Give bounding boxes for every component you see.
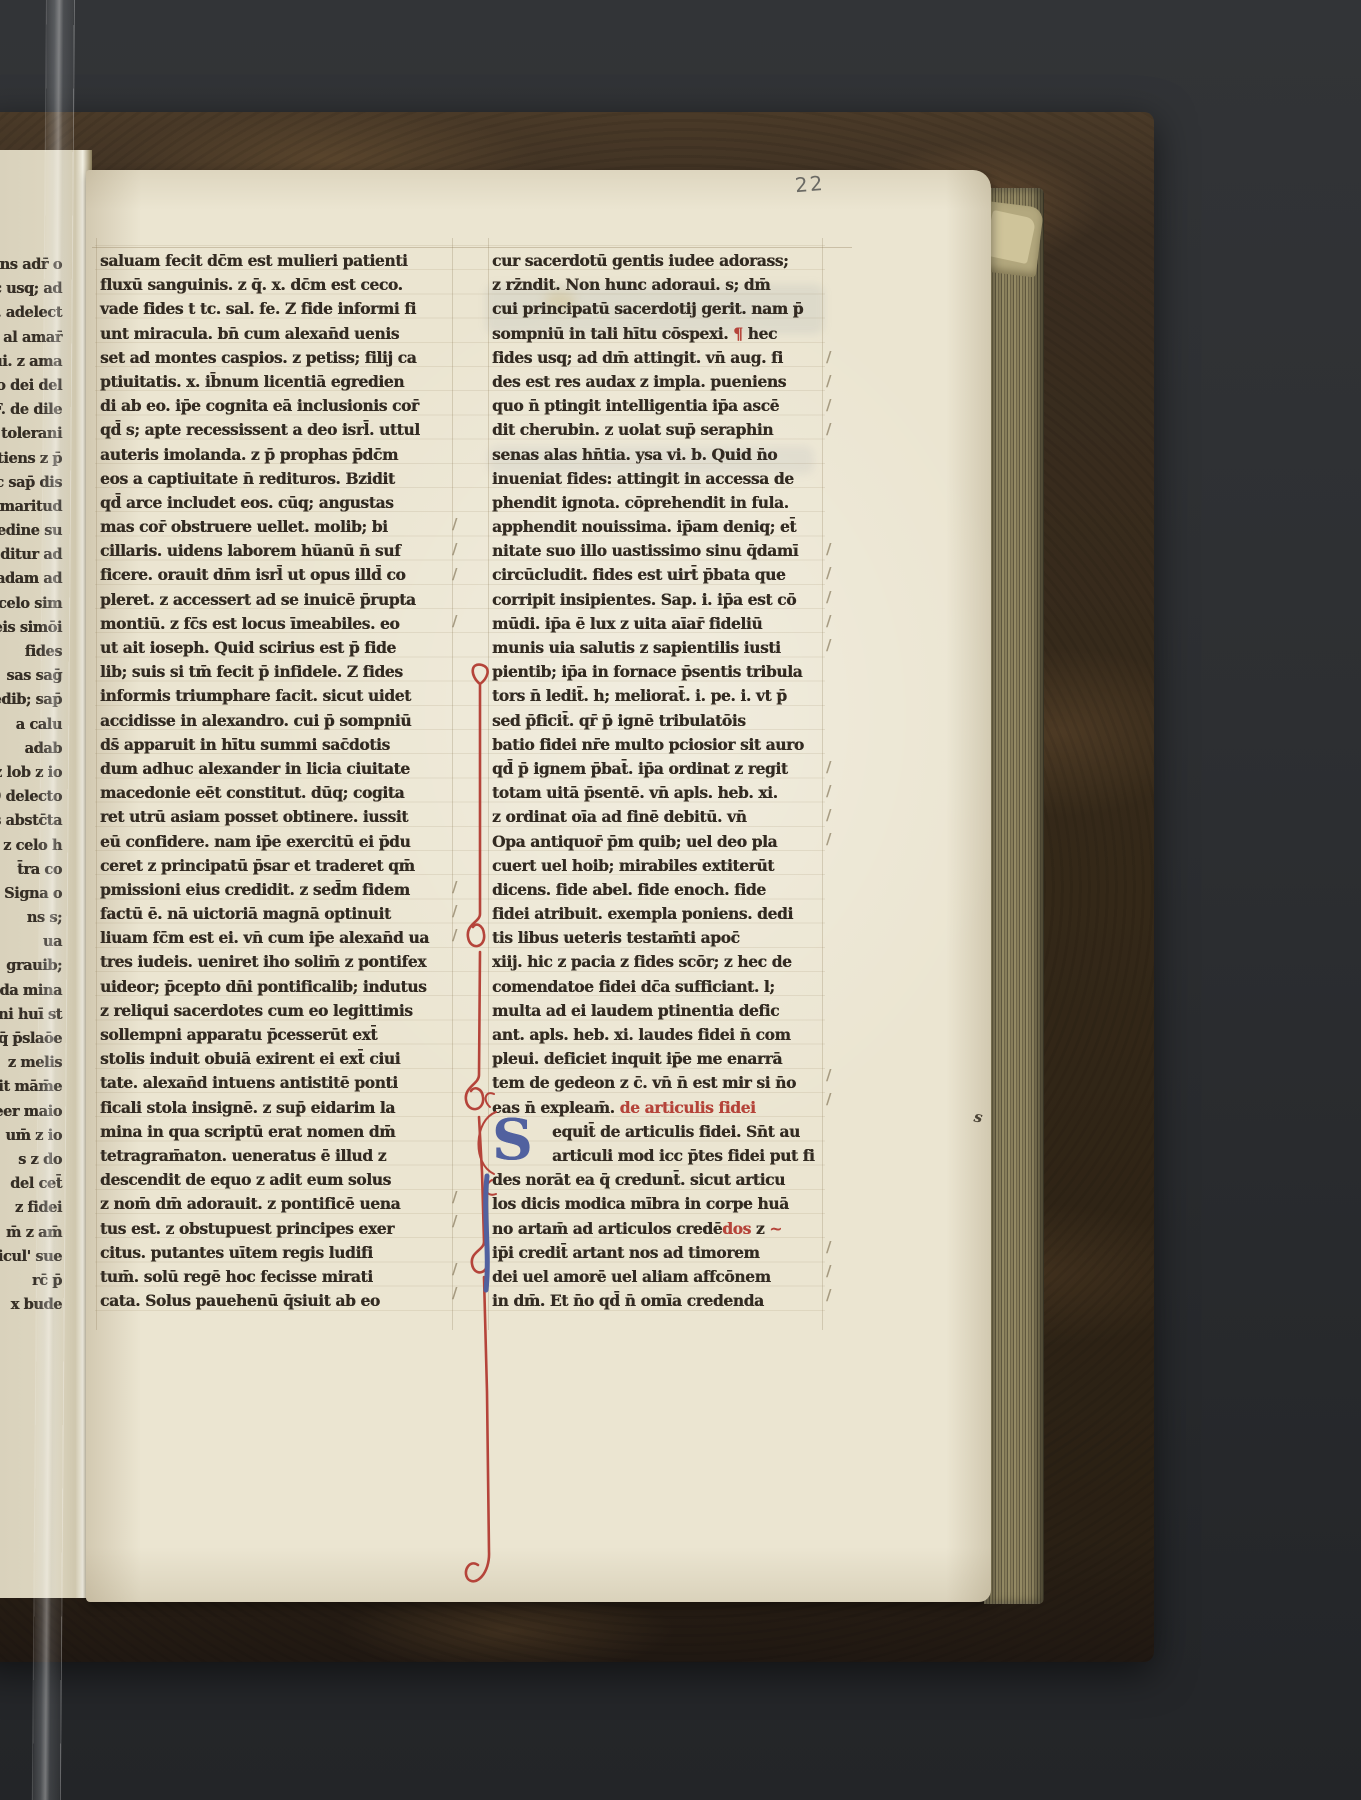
manuscript-text-line: fluxū sanguinis. z q̄. x. dc̄m est ceco. [100,273,452,297]
margin-stroke: / [452,540,457,558]
margin-stroke: / [826,396,831,414]
margin-stroke: / [826,806,831,824]
manuscript-text-line: citus. putantes uītem regis ludifi [100,1241,452,1265]
manuscript-text-line: tres iudeis. ueniret iho solim̄ z pontif… [100,950,452,974]
margin-stroke: / [826,1066,831,1084]
margin-stroke: / [452,612,457,630]
margin-stroke: / [826,372,831,390]
manuscript-text-line: vade fides t tc. sal. fe. Z fide informi… [100,297,452,321]
margin-stroke: / [452,565,457,583]
margin-stroke: / [826,564,831,582]
gutter-pen-strokes: /////////// [452,0,472,1800]
manuscript-text-line: uideor; p̄cepto dn̄i pontificalib; indut… [100,975,452,999]
manuscript-text-line: unt miracula. bn̄ cum alexan̄d uenis [100,322,452,346]
manuscript-text-line: liuam fc̄m est ei. vn̄ cum ip̄e alexan̄d… [100,926,452,950]
text-column-left: saluam fecit dc̄m est mulieri patientifl… [100,249,452,1313]
manuscript-text-line: senas alas hn̄tia. ysa vi. b. Quid n̄o [492,443,824,467]
rubric-text: ¶ [733,324,742,343]
manuscript-text-line: cui principatū sacerdotij gerit. nam p̄ [492,297,824,321]
manuscript-text-line: corripit insipientes. Sap. i. ip̄a est c… [492,588,824,612]
manuscript-text-line: accidisse in alexandro. cui p̄ sompniū [100,709,452,733]
manuscript-text-line: mina in qua scriptū erat nomen dm̄ [100,1120,452,1144]
margin-stroke: / [826,1238,831,1256]
manuscript-text-line: pmissioni eius credidit. z sed̄m fidem [100,878,452,902]
manuscript-text-line: montiū. z fc̄s est locus īmeabiles. eo [100,612,452,636]
manuscript-text-line: ut ait ioseph. Quid scirius est p̄ fide [100,636,452,660]
red-penwork-flourish-icon [456,652,566,1612]
manuscript-text-line: qd̄ s; apte recessissent a deo isrl̄. ut… [100,418,452,442]
manuscript-text-line: macedonie eēt constitut. dūq; cogita [100,781,452,805]
manuscript-text-line: eos a captiuitate n̄ redituros. Bzidit [100,467,452,491]
margin-stroke: / [452,878,457,896]
margin-stroke: / [452,1212,457,1230]
manuscript-text-line: ficali stola insignē. z sup̄ eidarim la [100,1096,452,1120]
margin-stroke: / [452,902,457,920]
manuscript-text-line: cillaris. uidens laborem hūanū n̄ suf [100,539,452,563]
margin-stroke: / [826,1286,831,1304]
margin-stroke: / [826,830,831,848]
manuscript-text-line: mas cor̄ obstruere uellet. molib; bi [100,515,452,539]
manuscript-text-line: stolis induit obuiā exirent ei ext̄ ciui [100,1047,452,1071]
margin-stroke: / [826,758,831,776]
manuscript-text-line: set ad montes caspios. z petiss; filij c… [100,346,452,370]
margin-stroke: / [452,1188,457,1206]
photographic-backdrop: 22 s ens adr̄ onc usq; adiū. adelects al… [0,0,1361,1800]
manuscript-text-line: z reliqui sacerdotes cum eo legittimis [100,999,452,1023]
manuscript-text-line: ficere. orauit dn̄m isrl̄ ut opus illd̄ … [100,563,452,587]
manuscript-text-line: tum̄. solū regē hoc fecisse mirati [100,1265,452,1289]
manuscript-text-line: z nom̄ dm̄ adorauit. z pontificē uena [100,1192,452,1216]
margin-stroke: / [452,1260,457,1278]
margin-stroke: / [826,588,831,606]
manuscript-text-line: ret utrū asiam posset obtinere. iussit [100,805,452,829]
manuscript-text-line: apphendit nouissima. ip̄am deniq; et̄ [492,515,824,539]
manuscript-text-line: z rz̄ndit. Non hunc adoraui. s; dm̄ [492,273,824,297]
manuscript-text-line: fides usq; ad dm̄ attingit. vn̄ aug. fi [492,346,824,370]
margin-stroke: / [826,1090,831,1108]
margin-stroke: / [826,348,831,366]
margin-stroke: / [826,636,831,654]
manuscript-text-line: dum adhuc alexander in licia ciuitate [100,757,452,781]
manuscript-text-line: des est res audax z impla. pueniens [492,370,824,394]
manuscript-text-line: eū confidere. nam ip̄e exercitū ei p̄du [100,830,452,854]
manuscript-text-line: factū ē. nā uictoriā magnā optinuit [100,902,452,926]
rubric-text: ~ [769,1219,782,1238]
manuscript-text-line: ds̄ apparuit in hītu summi sac̄dotis [100,733,452,757]
manuscript-text-line: sompniū in tali hītu cōspexi. ¶ hec [492,322,824,346]
manuscript-text-line: auteris imolanda. z p̄ prophas p̄dc̄m [100,443,452,467]
manuscript-text-line: pleret. z accessert ad se inuicē p̄rupta [100,588,452,612]
manuscript-text-line: qd̄ arce includet eos. cūq; angustas [100,491,452,515]
manuscript-text-line: informis triumphare facit. sicut uidet [100,684,452,708]
rubric-text: dos [722,1219,751,1238]
manuscript-text-line: circūcludit. fides est uirt̄ p̄bata que [492,563,824,587]
manuscript-text-line: tus est. z obstupuest principes exer [100,1217,452,1241]
manuscript-text-line: phendit ignota. cōprehendit in fula. [492,491,824,515]
manuscript-text-line: ceret z principatū p̄sar et traderet qm̄ [100,854,452,878]
margin-stroke: / [826,540,831,558]
manuscript-text-line: cur sacerdotū gentis iudee adorass; [492,249,824,273]
manuscript-text-line: quo n̄ ptingit intelligentia ip̄a ascē [492,394,824,418]
manuscript-text-line: inueniat fides: attingit in accessa de [492,467,824,491]
manuscript-text-line: tetragram̄aton. ueneratus ē illud z [100,1144,452,1168]
margin-stroke: / [826,612,831,630]
rubric-text: de articulis fidei [620,1098,756,1117]
top-ruling-line [92,247,852,248]
margin-stroke: / [826,782,831,800]
manuscript-text-line: ptiuitatis. x. ib̄num licentiā egredien [100,370,452,394]
manuscript-text-line: tate. alexan̄d intuens antistitē ponti [100,1071,452,1095]
manuscript-text-line: di ab eo. ip̄e cognita eā inclusionis co… [100,394,452,418]
margin-stroke: / [452,926,457,944]
folio-number: 22 [794,171,825,197]
column-ruling-line [96,238,97,1330]
manuscript-text-line: mūdi. ip̄a ē lux z uita aīar̄ fideliū [492,612,824,636]
manuscript-text-line: saluam fecit dc̄m est mulieri patienti [100,249,452,273]
margin-stroke: / [826,420,831,438]
fore-edge-page-block [984,188,1044,1604]
margin-stroke: / [452,1284,457,1302]
manuscript-text-line: sollempni apparatu p̄cesserūt ext̄ [100,1023,452,1047]
manuscript-text-line: dit cherubin. z uolat sup̄ seraphin [492,418,824,442]
margin-stroke: / [826,1262,831,1280]
margin-pen-strokes: ////////////////// [826,0,846,1800]
margin-stroke: / [452,515,457,533]
manuscript-text-line: lib; suis si tm̄ fecit p̄ infidele. Z fi… [100,660,452,684]
manuscript-text-line: nitate suo illo uastissimo sinu q̄damī [492,539,824,563]
manuscript-text-line: cata. Solus pauehenū q̄siuit ab eo [100,1289,452,1313]
manuscript-text-line: descendit de equo z adit eum solus [100,1168,452,1192]
page-corner-flap [984,210,1037,264]
